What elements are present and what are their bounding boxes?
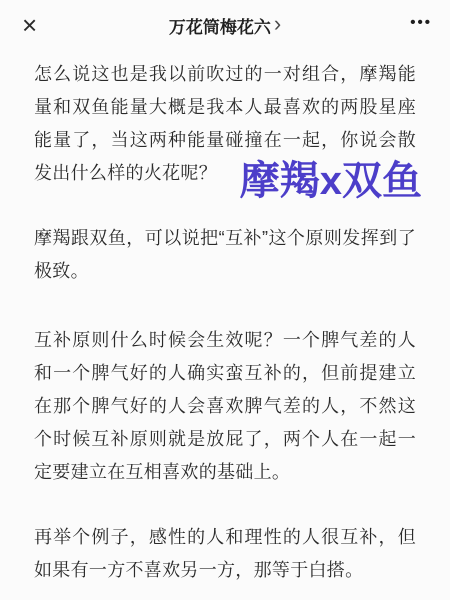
nav-left: ×	[16, 10, 86, 40]
paragraph-3: 互补原则什么时候会生效呢？一个脾气差的人和一个脾气好的人确实蛮互补的，但前提建立…	[34, 324, 416, 489]
close-icon[interactable]: ×	[16, 10, 43, 40]
account-title[interactable]: 万花筒梅花六 ›	[86, 13, 364, 38]
nav-right: •••	[364, 13, 434, 38]
paragraph-1: 怎么说这也是我以前吹过的一对组合，摩羯能量和双鱼能量大概是我本人最喜欢的两股星座…	[34, 58, 416, 190]
paragraph-4: 再举个例子，感性的人和理性的人很互补，但如果有一方不喜欢另一方，那等于白搭。	[34, 521, 416, 587]
article-body: 怎么说这也是我以前吹过的一对组合，摩羯能量和双鱼能量大概是我本人最喜欢的两股星座…	[0, 50, 450, 587]
article-reader-page: { "header": { "close_icon": "×", "title"…	[0, 0, 450, 600]
chevron-right-icon: ›	[274, 13, 281, 35]
more-menu-icon[interactable]: •••	[408, 13, 434, 38]
top-nav-bar: × 万花筒梅花六 › •••	[0, 0, 450, 50]
account-name-label: 万花筒梅花六	[169, 13, 271, 38]
paragraph-2: 摩羯跟双鱼，可以说把“互补”这个原则发挥到了极致。	[34, 222, 416, 288]
